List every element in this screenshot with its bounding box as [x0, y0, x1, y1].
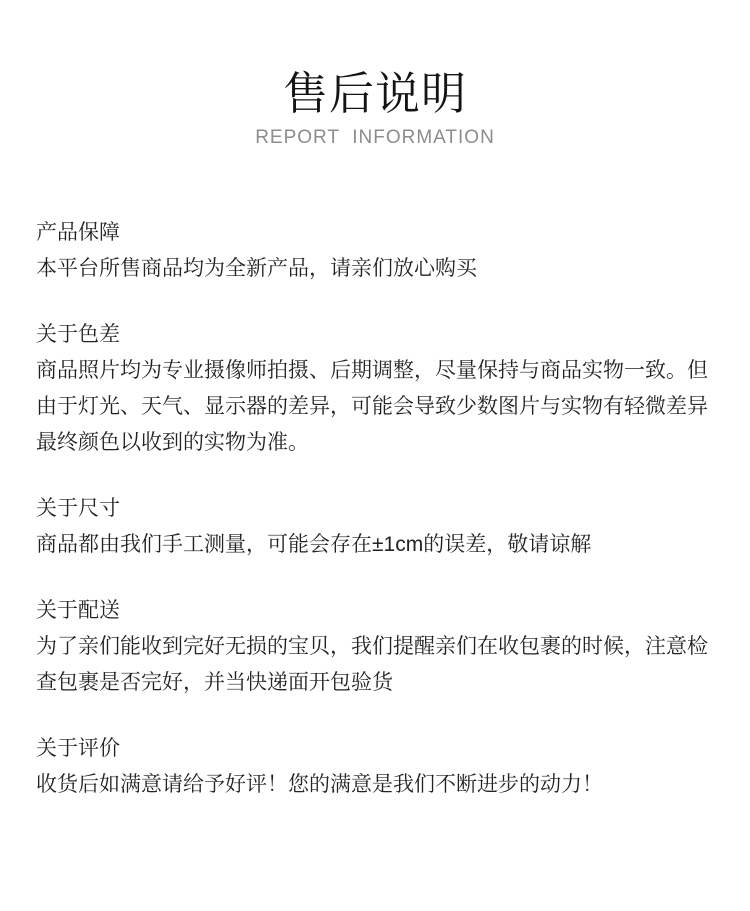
text-line: 本平台所售商品均为全新产品，请亲们放心购买 — [36, 251, 714, 287]
page-subtitle: REPORT INFORMATION — [0, 127, 750, 149]
page-header: 售后说明 REPORT INFORMATION — [0, 0, 750, 149]
page-title: 售后说明 — [0, 70, 750, 118]
section-heading: 关于配送 — [36, 593, 714, 629]
section-body: 商品照片均为专业摄像师拍摄、后期调整，尽量保持与商品实物一致。但由于灯光、天气、… — [36, 353, 714, 461]
section-body: 为了亲们能收到完好无损的宝贝，我们提醒亲们在收包裹的时候，注意检查包裹是否完好，… — [36, 629, 714, 701]
section-size: 关于尺寸 商品都由我们手工测量，可能会存在±1cm的误差，敬请谅解 — [36, 491, 714, 563]
after-sales-content: 产品保障 本平台所售商品均为全新产品，请亲们放心购买 关于色差 商品照片均为专业… — [36, 215, 714, 803]
section-color-difference: 关于色差 商品照片均为专业摄像师拍摄、后期调整，尽量保持与商品实物一致。但由于灯… — [36, 317, 714, 461]
text-line: 由于灯光、天气、显示器的差异，可能会导致少数图片与实物有轻微差异 — [36, 389, 714, 425]
section-product-guarantee: 产品保障 本平台所售商品均为全新产品，请亲们放心购买 — [36, 215, 714, 287]
text-line: 查包裹是否完好，并当快递面开包验货 — [36, 665, 714, 701]
section-body: 收货后如满意请给予好评！您的满意是我们不断进步的动力！ — [36, 767, 714, 803]
section-heading: 关于尺寸 — [36, 491, 714, 527]
section-shipping: 关于配送 为了亲们能收到完好无损的宝贝，我们提醒亲们在收包裹的时候，注意检查包裹… — [36, 593, 714, 701]
text-line: 为了亲们能收到完好无损的宝贝，我们提醒亲们在收包裹的时候，注意检 — [36, 629, 714, 665]
section-heading: 关于色差 — [36, 317, 714, 353]
section-review: 关于评价 收货后如满意请给予好评！您的满意是我们不断进步的动力！ — [36, 731, 714, 803]
section-heading: 关于评价 — [36, 731, 714, 767]
text-line: 商品都由我们手工测量，可能会存在±1cm的误差，敬请谅解 — [36, 527, 714, 563]
section-body: 本平台所售商品均为全新产品，请亲们放心购买 — [36, 251, 714, 287]
section-heading: 产品保障 — [36, 215, 714, 251]
text-line: 最终颜色以收到的实物为准。 — [36, 425, 714, 461]
text-line: 商品照片均为专业摄像师拍摄、后期调整，尽量保持与商品实物一致。但 — [36, 353, 714, 389]
text-line: 收货后如满意请给予好评！您的满意是我们不断进步的动力！ — [36, 767, 714, 803]
section-body: 商品都由我们手工测量，可能会存在±1cm的误差，敬请谅解 — [36, 527, 714, 563]
